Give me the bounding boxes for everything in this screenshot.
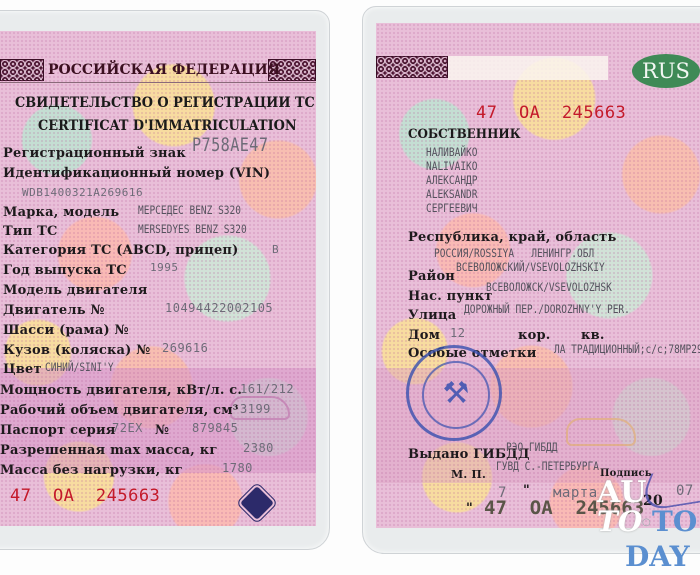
date-open-quote: ": [466, 501, 473, 516]
car-watermark: [566, 418, 636, 446]
power-value: 161/212: [240, 382, 294, 396]
owner-line-2: NALIVAIKO: [426, 160, 477, 174]
owner-line-3: АЛЕКСАНДР: [426, 174, 477, 188]
vin-label: Идентификационный номер (VIN): [3, 166, 270, 181]
country-code-badge: RUS: [632, 54, 700, 88]
watermark-day: DAY: [625, 543, 690, 571]
reg-sign-label: Регистрационный знак: [3, 146, 186, 161]
ornament-left: [0, 59, 44, 81]
date-close-quote: ": [523, 483, 530, 498]
official-seal-stamp: ⚒: [406, 345, 502, 441]
unladen-mass-label: Масса без нагрузки, кг: [0, 463, 183, 478]
engine-no-label: Двигатель №: [3, 303, 105, 318]
displacement-value: 3199: [240, 402, 271, 416]
apartment-label: кв.: [581, 328, 605, 343]
year-value: 1995: [150, 261, 179, 274]
issued-value: РЭО ГИБДД: [506, 441, 557, 455]
type-value: MERSEDYES BENZ S320: [138, 223, 247, 237]
house-value: 12: [450, 326, 465, 340]
country-title: РОССИЙСКАЯ ФЕДЕРАЦИЯ: [48, 62, 280, 78]
certificate-title-fr: CERTIFICAT D'IMMATRICULATION: [38, 118, 297, 134]
notes-value: ЛА ТРАДИЦИОННЫЙ;с/с;78МР296: [554, 343, 700, 357]
color-value: СИНИЙ/SINI'Y: [45, 361, 114, 375]
issued-by: ГУВД С.-ПЕТЕРБУРГА: [496, 460, 599, 474]
vin-value: WDB1400321A269616: [22, 186, 143, 199]
ornament-left: [376, 56, 448, 78]
hammer-emblem-icon: ⚒: [441, 374, 471, 414]
owner-line-1: НАЛИВАЙКО: [426, 146, 477, 160]
street-label: Улица: [408, 308, 456, 323]
watermark-au: AU: [597, 478, 646, 508]
registration-front-page: РОССИЙСКАЯ ФЕДЕРАЦИЯ СВИДЕТЕЛЬСТВО О РЕГ…: [0, 31, 316, 526]
seal-label: М. П.: [451, 468, 486, 481]
power-label: Мощность двигателя, кВт/л. с.: [0, 383, 242, 398]
passport-series: 72ЕХ: [112, 421, 143, 435]
body-no-label: Кузов (коляска) №: [3, 343, 151, 358]
certificate-title-ru: СВИДЕТЕЛЬСТВО О РЕГИСТРАЦИИ ТС: [15, 95, 315, 111]
passport-number: 879845: [192, 421, 238, 435]
region-label: Республика, край, область: [408, 230, 616, 245]
house-label: Дом: [408, 328, 440, 343]
category-label: Категория ТС (ABCD, прицеп): [3, 243, 238, 258]
locality-label: Нас. пункт: [408, 289, 492, 304]
owner-line-4: ALEKSANDR: [426, 188, 477, 202]
year-label: Год выпуска ТС: [3, 263, 127, 278]
district-label: Район: [408, 269, 455, 284]
unladen-mass-value: 1780: [222, 461, 253, 475]
district-value: ВСЕВОЛОЖСКИЙ/VSEVOLOZHSKIY: [456, 261, 605, 275]
watermark-dot-icon: ○: [642, 518, 651, 528]
engine-model-label: Модель двигателя: [3, 283, 148, 298]
body-no-value: 269616: [162, 341, 208, 355]
registration-back-page: RUS 47 ОА 245663 СОБСТВЕННИК НАЛИВАЙКО N…: [376, 23, 700, 528]
locality-value: ВСЕВОЛОЖСК/VSEVOLOZHSK: [486, 281, 612, 295]
max-mass-value: 2380: [243, 441, 274, 455]
make-model-label: Марка, модель: [3, 205, 119, 220]
passport-label: Паспорт серия: [0, 423, 116, 438]
blank-title-strip: [448, 56, 608, 80]
engine-no-value: 10494422002105: [165, 301, 273, 315]
region-value: РОССИЯ/ROSSIYA ЛЕНИНГР.ОБЛ: [434, 247, 594, 261]
security-diamond-icon: [240, 486, 274, 520]
form-serial-number: 47 ОА 245663: [10, 486, 160, 506]
title-divider: [0, 82, 316, 83]
passport-no-label: №: [155, 423, 169, 438]
category-value: B: [272, 243, 279, 256]
watermark-to-white: TO: [597, 508, 642, 536]
displacement-label: Рабочий объем двигателя, см³: [0, 403, 239, 418]
watermark-to-blue: TO: [652, 508, 697, 536]
street-value: ДОРОЖНЫЙ ПЕР./DOROZHNY'Y PER.: [464, 303, 630, 317]
owner-line-5: СЕРГЕЕВИЧ: [426, 202, 477, 216]
max-mass-label: Разрешенная max масса, кг: [0, 443, 218, 458]
chassis-no-label: Шасси (рама) №: [3, 323, 129, 338]
make-model-value: МЕРСЕДЕС BENZ S320: [138, 204, 241, 218]
type-label: Тип ТС: [3, 224, 58, 239]
form-serial-number: 47 ОА 245663: [476, 103, 626, 123]
building-label: кор.: [518, 328, 550, 343]
owner-heading: СОБСТВЕННИК: [408, 127, 521, 142]
reg-sign-value: Р758АЕ47: [192, 134, 268, 156]
color-label: Цвет: [3, 362, 42, 377]
